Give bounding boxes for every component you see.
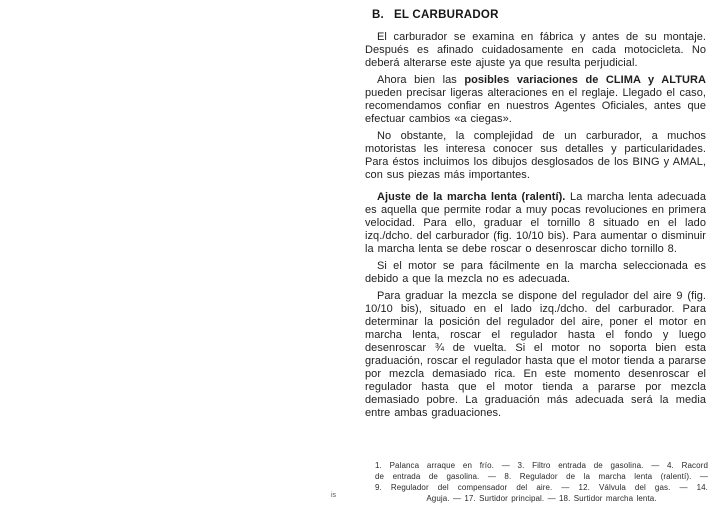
text-column: B. EL CARBURADOR El carburador se examin… xyxy=(365,9,706,424)
body-text: pueden precisar ligeras alteraciones en … xyxy=(365,87,706,125)
paragraph-2: Ahora bien las posibles variaciones de C… xyxy=(365,74,706,126)
paragraph-4: Ajuste de la marcha lenta (ralentí). La … xyxy=(365,191,706,256)
body-text: Ahora bien las xyxy=(377,74,464,86)
emphasis-text: Ajuste de la marcha lenta (ralentí). xyxy=(377,191,565,203)
body-text: Para graduar la mezcla se dispone del re… xyxy=(365,290,706,419)
scanned-manual-page: B. EL CARBURADOR El carburador se examin… xyxy=(0,0,718,514)
footnote-line-1: 1. Palanca arraque en frío. — 3. Filtro … xyxy=(375,460,708,471)
section-heading: B. EL CARBURADOR xyxy=(372,9,706,22)
section-title: EL CARBURADOR xyxy=(394,9,499,22)
footnote-line-2: de entrada de gasolina. — 8. Regulador d… xyxy=(375,471,708,482)
margin-note: is xyxy=(331,492,336,500)
paragraph-6: Para graduar la mezcla se dispone del re… xyxy=(365,290,706,420)
footnote-line-3: 9. Regulador del compensador del aire. —… xyxy=(375,482,708,493)
paragraph-3: No obstante, la complejidad de un carbur… xyxy=(365,130,706,182)
footnote-line-4: Aguja. — 17. Surtidor principal. — 18. S… xyxy=(375,493,708,504)
body-text: No obstante, la complejidad de un carbur… xyxy=(365,130,706,181)
paragraph-1: El carburador se examina en fábrica y an… xyxy=(365,31,706,70)
section-label: B. xyxy=(372,9,384,22)
body-text: El carburador se examina en fábrica y an… xyxy=(365,31,706,69)
paragraph-5: Si el motor se para fácilmente en la mar… xyxy=(365,260,706,286)
body-paragraphs: El carburador se examina en fábrica y an… xyxy=(365,31,706,420)
body-text: Si el motor se para fácilmente en la mar… xyxy=(365,260,706,285)
footnote: 1. Palanca arraque en frío. — 3. Filtro … xyxy=(375,460,708,504)
emphasis-text: posibles variaciones de CLIMA y ALTURA xyxy=(464,74,706,86)
